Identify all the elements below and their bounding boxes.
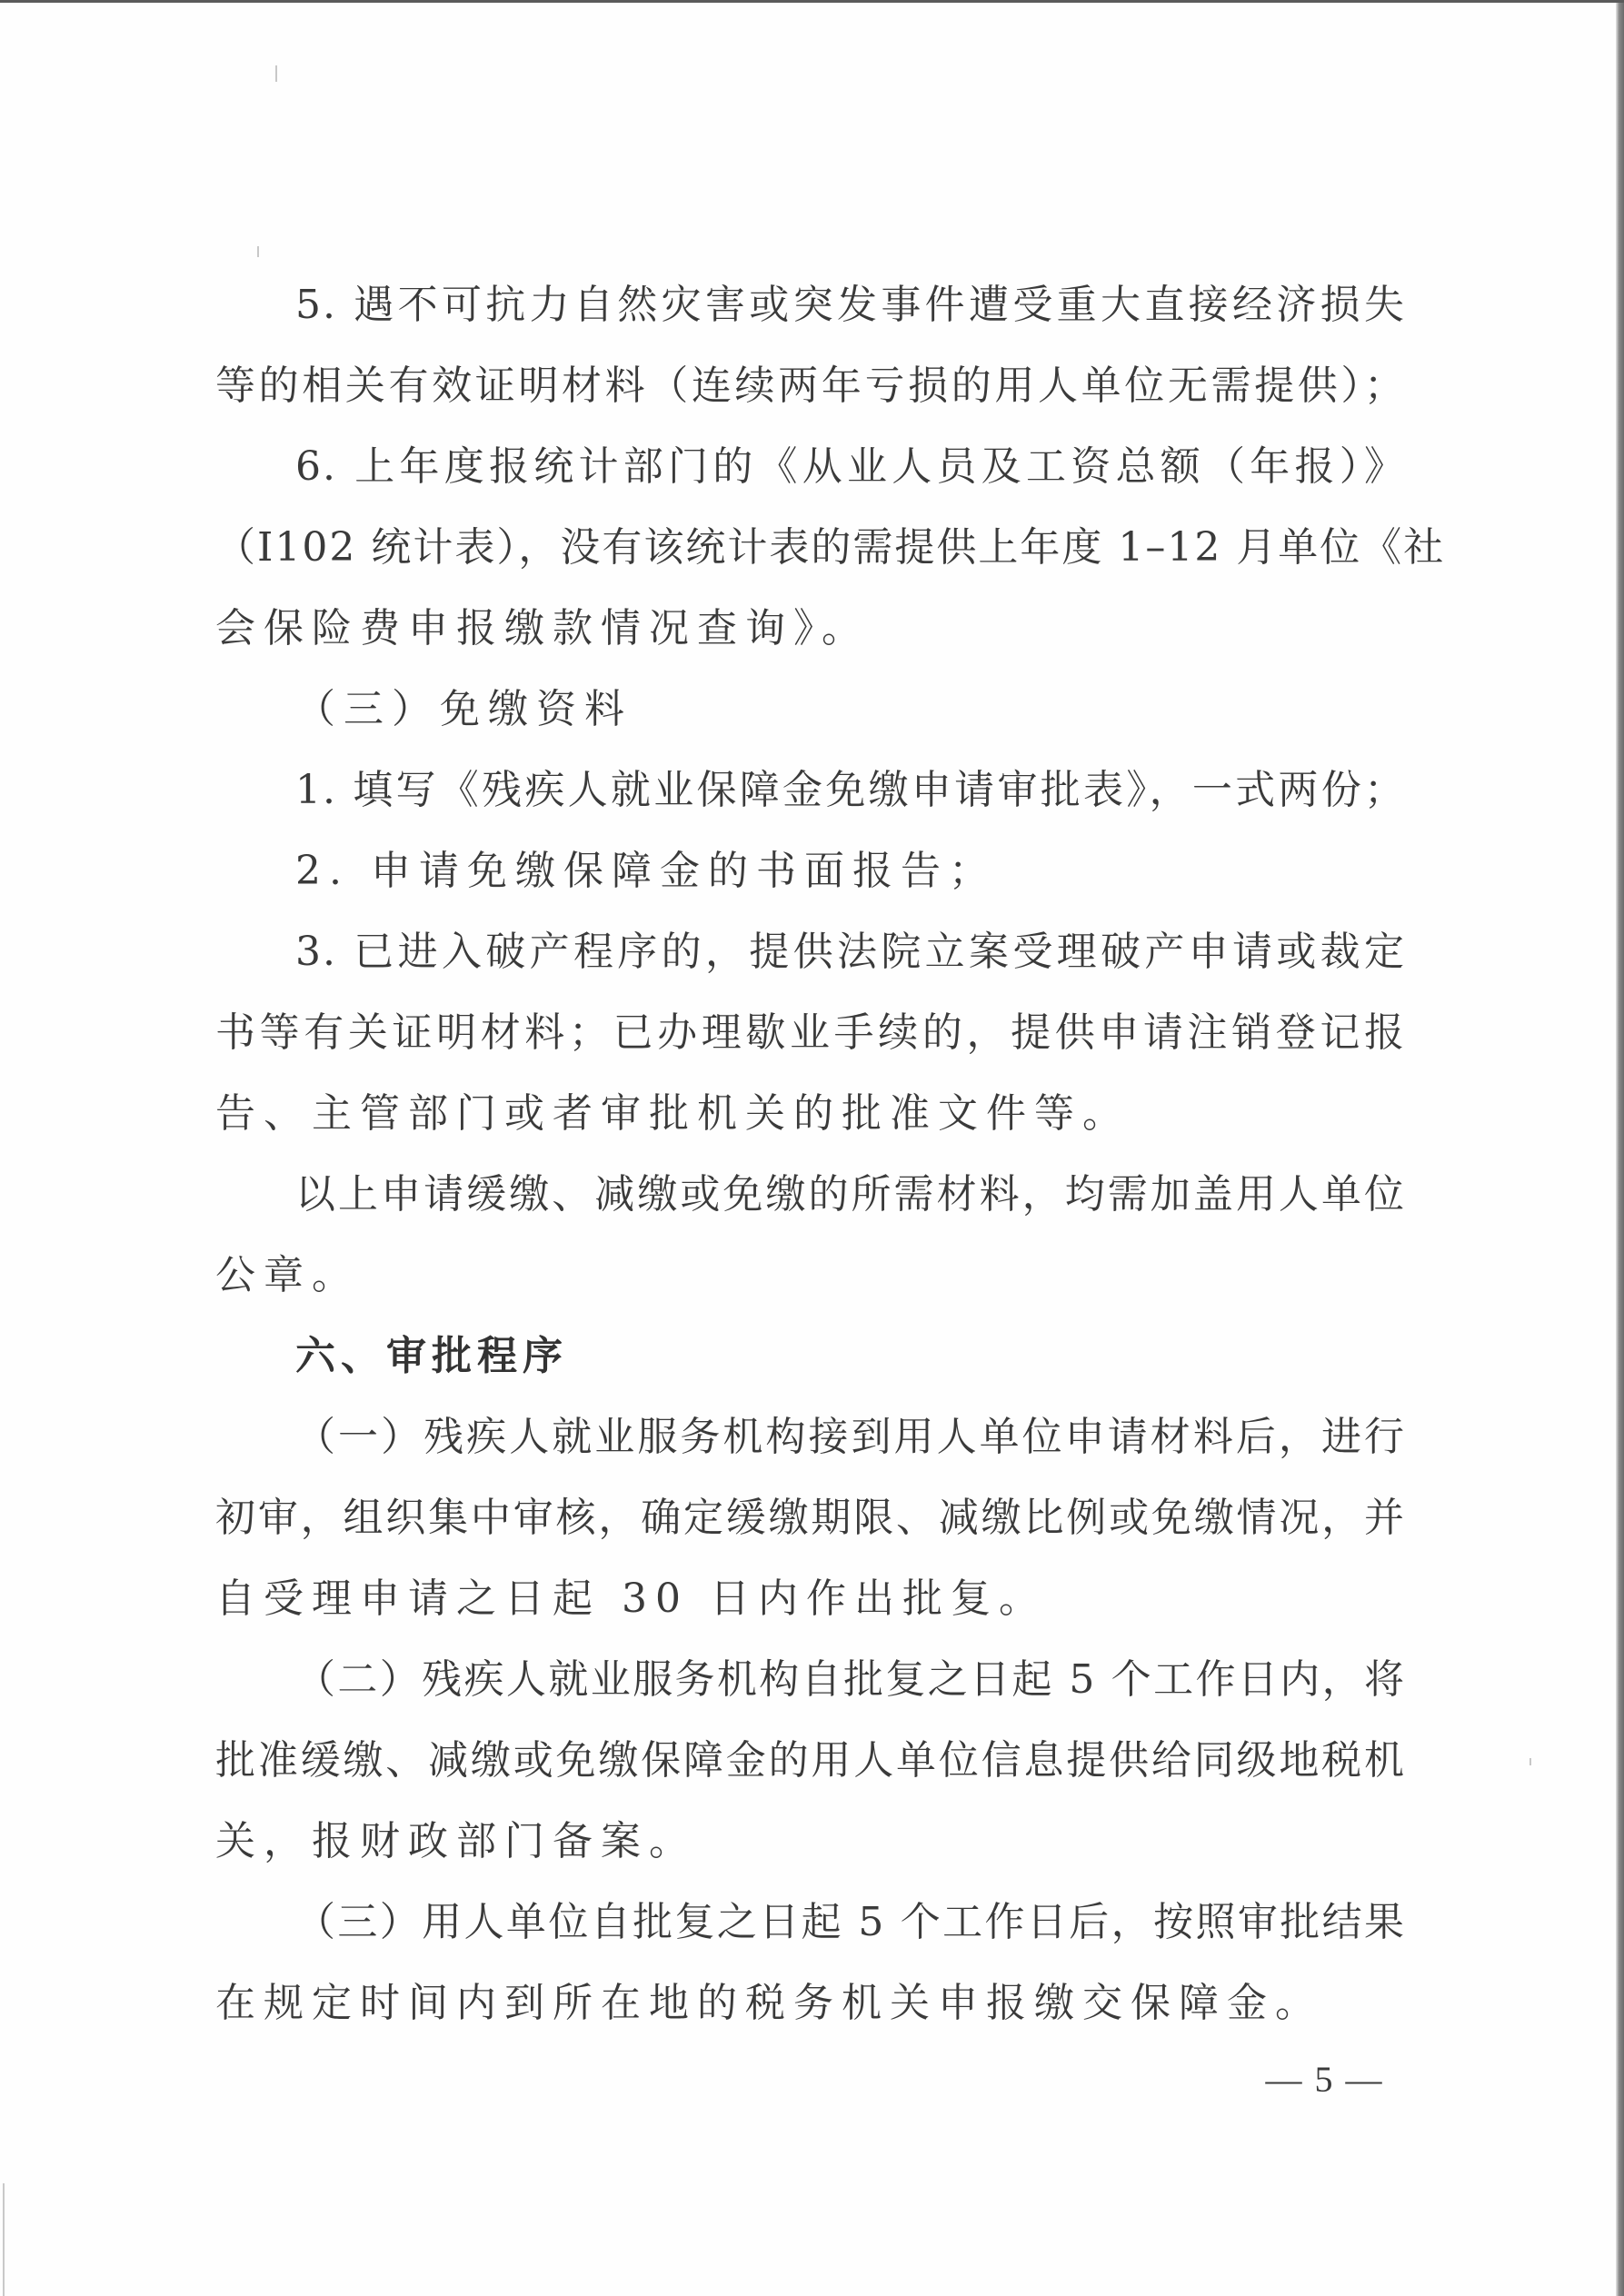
exemption-item-2: 2. 申请免缴保障金的书面报告； — [215, 830, 1406, 911]
exemption-item-3-line-3: 告、主管部门或者审批机关的批准文件等。 — [215, 1073, 1406, 1154]
paragraph-item-5-line-2: 等的相关有效证明材料（连续两年亏损的用人单位无需提供）； — [215, 345, 1406, 426]
procedure-2-line-3: 关，报财政部门备案。 — [215, 1801, 1406, 1882]
paragraph-item-6-line-3: 会保险费申报缴款情况查询》。 — [215, 588, 1406, 669]
procedure-3-line-2: 在规定时间内到所在地的税务机关申报缴交保障金。 — [215, 1963, 1406, 2043]
procedure-2-line-1: （二）残疾人就业服务机构自批复之日起 5 个工作日内，将 — [215, 1639, 1406, 1720]
scan-speck — [275, 65, 277, 82]
section-heading-approval-procedure: 六、审批程序 — [215, 1316, 1406, 1396]
procedure-1-line-2: 初审，组织集中审核，确定缓缴期限、减缴比例或免缴情况，并 — [215, 1477, 1406, 1558]
exemption-item-3-line-2: 书等有关证明材料；已办理歇业手续的，提供申请注销登记报 — [215, 992, 1406, 1073]
scan-edge-mark — [3, 2183, 5, 2296]
scan-speck — [1529, 1758, 1531, 1765]
seal-note-line-1: 以上申请缓缴、减缴或免缴的所需材料，均需加盖用人单位 — [215, 1154, 1406, 1235]
scan-edge-shadow — [1616, 3, 1624, 2296]
paragraph-item-6-line-2: （I102 统计表），没有该统计表的需提供上年度 1–12 月单位《社 — [215, 507, 1406, 588]
seal-note-line-2: 公章。 — [215, 1235, 1406, 1316]
procedure-1-line-3: 自受理申请之日起 30 日内作出批复。 — [215, 1558, 1406, 1639]
exemption-item-3-line-1: 3. 已进入破产程序的，提供法院立案受理破产申请或裁定 — [215, 911, 1406, 992]
procedure-3-line-1: （三）用人单位自批复之日起 5 个工作日后，按照审批结果 — [215, 1882, 1406, 1963]
paragraph-item-5-line-1: 5. 遇不可抗力自然灾害或突发事件遭受重大直接经济损失 — [215, 264, 1406, 345]
page-number: — 5 — — [1254, 2058, 1395, 2101]
procedure-1-line-1: （一）残疾人就业服务机构接到用人单位申请材料后，进行 — [215, 1396, 1406, 1477]
procedure-2-line-2: 批准缓缴、减缴或免缴保障金的用人单位信息提供给同级地税机 — [215, 1720, 1406, 1801]
scan-speck — [257, 246, 259, 257]
document-page: 5. 遇不可抗力自然灾害或突发事件遭受重大直接经济损失 等的相关有效证明材料（连… — [0, 0, 1624, 2296]
subsection-title-exemption-materials: （三）免缴资料 — [215, 669, 1406, 750]
document-body: 5. 遇不可抗力自然灾害或突发事件遭受重大直接经济损失 等的相关有效证明材料（连… — [215, 264, 1406, 2043]
exemption-item-1: 1. 填写《残疾人就业保障金免缴申请审批表》，一式两份； — [215, 750, 1406, 830]
paragraph-item-6-line-1: 6. 上年度报统计部门的《从业人员及工资总额（年报）》 — [215, 426, 1406, 507]
